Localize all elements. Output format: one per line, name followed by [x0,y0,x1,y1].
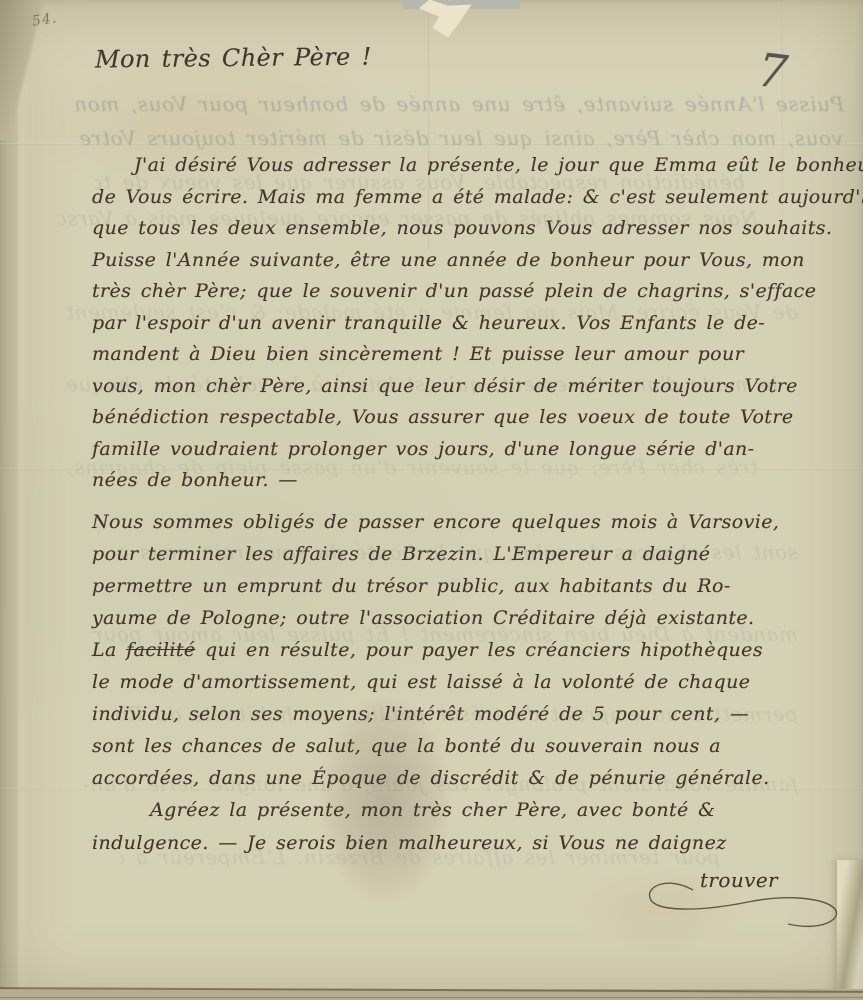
horizontal-crease [0,143,863,145]
letter-line: nées de bonheur. — [92,465,863,497]
page-number: 7 [755,42,791,99]
letter-line: de Vous écrire. Mais ma femme a été mala… [92,182,863,214]
ink-bleedthrough-line: vous, mon chèr Père, ainsi que leur dési… [58,126,843,150]
closing-line: Agréez la présente, mon très cher Père, … [150,799,715,821]
letter-line: accordées, dans une Époque de discrédit … [92,762,779,794]
letter-line: famille voudraient prolonger vos jours, … [92,434,863,466]
letter-line: mandent à Dieu bien sincèrement ! Et pui… [92,339,863,371]
letter-line: bénédiction respectable, Vous assurer qu… [92,402,863,434]
ink-bleedthrough-line: Puisse l'Année suivante, être une année … [64,92,844,116]
letter-line: sont les chances de salut, que la bonté … [92,730,779,762]
letter-line: le mode d'amortissement, qui est laissé … [92,666,779,698]
letter-line: que tous les deux ensemble, nous pouvons… [92,213,863,245]
letter-line: J'ai désiré Vous adresser la présente, l… [92,150,863,182]
line-suffix: qui en résulte, pour payer les créancier… [196,639,763,661]
letter-line: pour terminer les affaires de Brzezin. L… [92,538,779,570]
salutation: Mon très Chèr Père ! [95,43,372,74]
letter-line: Nous sommes obligés de passer encore que… [92,506,779,538]
torn-paper-scrap [416,0,471,40]
letter-line: permettre un emprunt du trésor public, a… [92,570,779,602]
closing-line: indulgence. — Je serois bien malheureux,… [92,832,727,854]
pen-flourish [638,872,853,942]
letter-line: vous, mon chèr Père, ainsi que leur dési… [92,371,863,403]
letter-line-with-strikethrough: La facilité qui en résulte, pour payer l… [92,634,779,666]
page-bottom-edge-line [0,997,863,998]
letter-line: individu, selon ses moyens; l'intérêt mo… [92,698,779,730]
letter-line: Puisse l'Année suivante, être une année … [92,245,863,277]
letter-line: très chèr Père; que le souvenir d'un pas… [92,276,863,308]
letter-line: par l'espoir d'un avenir tranquille & he… [92,308,863,340]
paragraph-1: J'ai désiré Vous adresser la présente, l… [92,150,863,497]
letter-scan: Puisse l'Année suivante, être une année … [0,0,863,1000]
letter-line: yaume de Pologne; outre l'association Cr… [92,602,779,634]
paragraph-2: Nous sommes obligés de passer encore que… [92,506,779,794]
line-prefix: La [92,639,126,661]
struck-word: facilité [126,639,195,661]
